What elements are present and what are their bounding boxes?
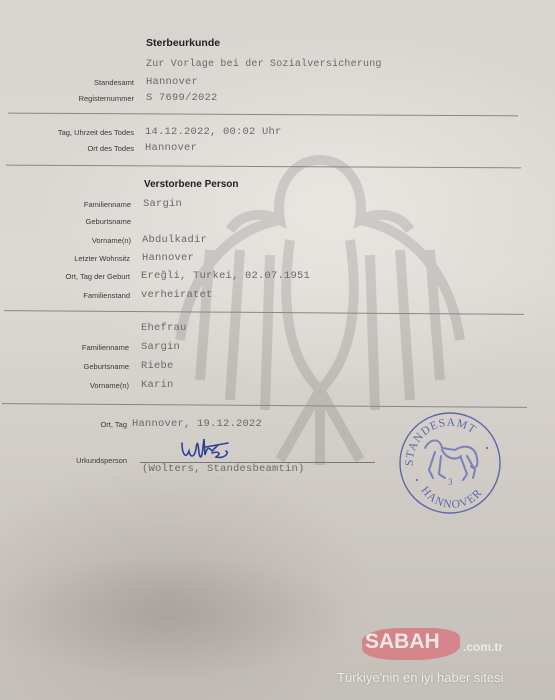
stamp-number: 3 bbox=[448, 477, 453, 487]
value-official: (Wolters, Standesbeamtin) bbox=[142, 463, 305, 475]
label-spouse-birthname: Geburtsname bbox=[84, 362, 129, 371]
value-standesamt: Hannover bbox=[146, 76, 198, 88]
label-deceased-marital: Familienstand bbox=[83, 291, 130, 300]
value-deceased-surname: Sargin bbox=[143, 198, 182, 210]
value-place-date: Hannover, 19.12.2022 bbox=[132, 418, 262, 430]
document-purpose: Zur Vorlage bei der Sozialversicherung bbox=[146, 59, 382, 70]
stamp-bottom-text: HANNOVER bbox=[418, 485, 485, 512]
standesamt-stamp-icon: STANDESAMT HANNOVER 3 bbox=[395, 408, 505, 518]
deceased-heading: Verstorbene Person bbox=[144, 179, 238, 190]
value-death-place: Hannover bbox=[145, 142, 197, 154]
label-spouse-surname: Familienname bbox=[82, 343, 129, 352]
watermark-brand: SABAH bbox=[365, 630, 440, 654]
label-official: Urkundsperson bbox=[76, 456, 127, 465]
value-deceased-birth: Ereğli, Turkei, 02.07.1951 bbox=[141, 270, 310, 282]
label-place-date: Ort, Tag bbox=[100, 420, 127, 429]
label-standesamt: Standesamt bbox=[94, 78, 134, 87]
label-deceased-residence: Letzter Wohnsitz bbox=[74, 254, 130, 263]
value-spouse-firstname: Karin bbox=[141, 379, 174, 391]
value-registernummer: S 7699/2022 bbox=[146, 92, 218, 104]
value-spouse-surname: Sargin bbox=[141, 341, 180, 353]
value-spouse-birthname: Riebe bbox=[141, 360, 174, 372]
watermark-domain: .com.tr bbox=[463, 640, 503, 654]
signature-icon bbox=[176, 437, 236, 463]
label-spouse-firstname: Vorname(n) bbox=[90, 381, 129, 390]
label-deceased-birthname: Geburtsname bbox=[86, 217, 131, 226]
value-death-datetime: 14.12.2022, 00:02 Uhr bbox=[145, 126, 282, 138]
label-deceased-surname: Familienname bbox=[84, 200, 131, 209]
label-deceased-firstname: Vorname(n) bbox=[92, 236, 131, 245]
svg-text:HANNOVER: HANNOVER bbox=[418, 485, 485, 512]
label-deceased-birth: Ort, Tag der Geburt bbox=[66, 272, 130, 281]
label-death-place: Ort des Todes bbox=[87, 144, 134, 153]
value-deceased-marital: verheiratet bbox=[141, 289, 213, 301]
spouse-heading: Ehefrau bbox=[141, 322, 187, 334]
label-death-datetime: Tag, Uhrzeit des Todes bbox=[58, 128, 134, 137]
value-deceased-firstname: Abdulkadir bbox=[142, 234, 207, 246]
watermark-tagline: Türkiye'nin en iyi haber sitesi bbox=[337, 670, 504, 685]
label-registernummer: Registernummer bbox=[79, 94, 134, 103]
value-deceased-residence: Hannover bbox=[142, 252, 194, 264]
document-title: Sterbeurkunde bbox=[146, 37, 220, 49]
